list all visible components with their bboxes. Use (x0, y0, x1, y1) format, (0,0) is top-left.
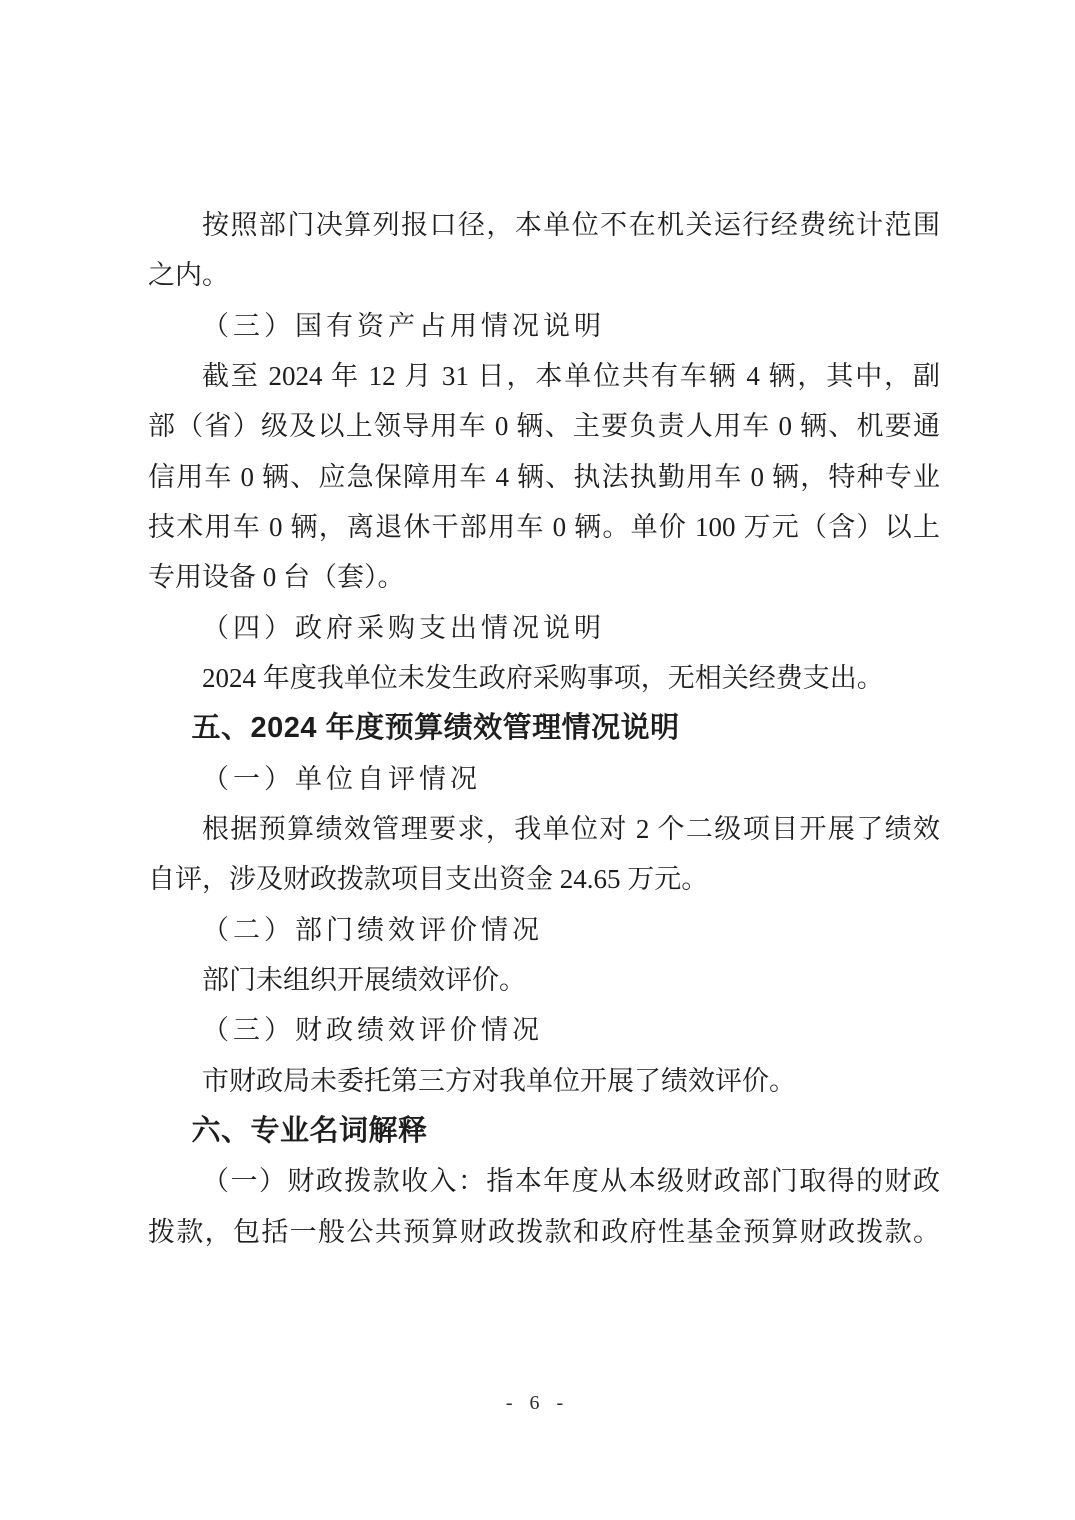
paragraph-line: 技术用车 0 辆，离退休干部用车 0 辆。单价 100 万元（含）以上 (148, 502, 940, 552)
document-body: 按照部门决算列报口径，本单位不在机关运行经费统计范围 之内。 （三）国有资产占用… (148, 200, 940, 1257)
paragraph-line: 截至 2024 年 12 月 31 日，本单位共有车辆 4 辆，其中，副 (148, 351, 940, 401)
section-heading: 六、专业名词解释 (148, 1106, 940, 1156)
subsection-heading-line: （二）部门绩效评价情况 (148, 905, 940, 955)
paragraph-line: 按照部门决算列报口径，本单位不在机关运行经费统计范围 (148, 200, 940, 250)
paragraph-line: 信用车 0 辆、应急保障用车 4 辆、执法执勤用车 0 辆，特种专业 (148, 452, 940, 502)
subsection-heading-line: （四）政府采购支出情况说明 (148, 603, 940, 653)
document-page: 按照部门决算列报口径，本单位不在机关运行经费统计范围 之内。 （三）国有资产占用… (0, 0, 1075, 1520)
paragraph-line: 专用设备 0 台（套）。 (148, 552, 940, 602)
paragraph-line: 市财政局未委托第三方对我单位开展了绩效评价。 (148, 1056, 940, 1106)
section-heading: 五、2024 年度预算绩效管理情况说明 (148, 703, 940, 753)
paragraph-line: 自评，涉及财政拨款项目支出资金 24.65 万元。 (148, 854, 940, 904)
paragraph-line: （一）财政拨款收入：指本年度从本级财政部门取得的财政 (148, 1156, 940, 1206)
paragraph-line: 之内。 (148, 250, 940, 300)
subsection-heading-line: （三）国有资产占用情况说明 (148, 301, 940, 351)
page-number: - 6 - (0, 1392, 1075, 1415)
paragraph-line: 部门未组织开展绩效评价。 (148, 955, 940, 1005)
subsection-heading-line: （一）单位自评情况 (148, 754, 940, 804)
subsection-heading-line: （三）财政绩效评价情况 (148, 1005, 940, 1055)
paragraph-line: 拨款，包括一般公共预算财政拨款和政府性基金预算财政拨款。 (148, 1207, 940, 1257)
paragraph-line: 部（省）级及以上领导用车 0 辆、主要负责人用车 0 辆、机要通 (148, 401, 940, 451)
paragraph-line: 2024 年度我单位未发生政府采购事项，无相关经费支出。 (148, 653, 940, 703)
paragraph-line: 根据预算绩效管理要求，我单位对 2 个二级项目开展了绩效 (148, 804, 940, 854)
